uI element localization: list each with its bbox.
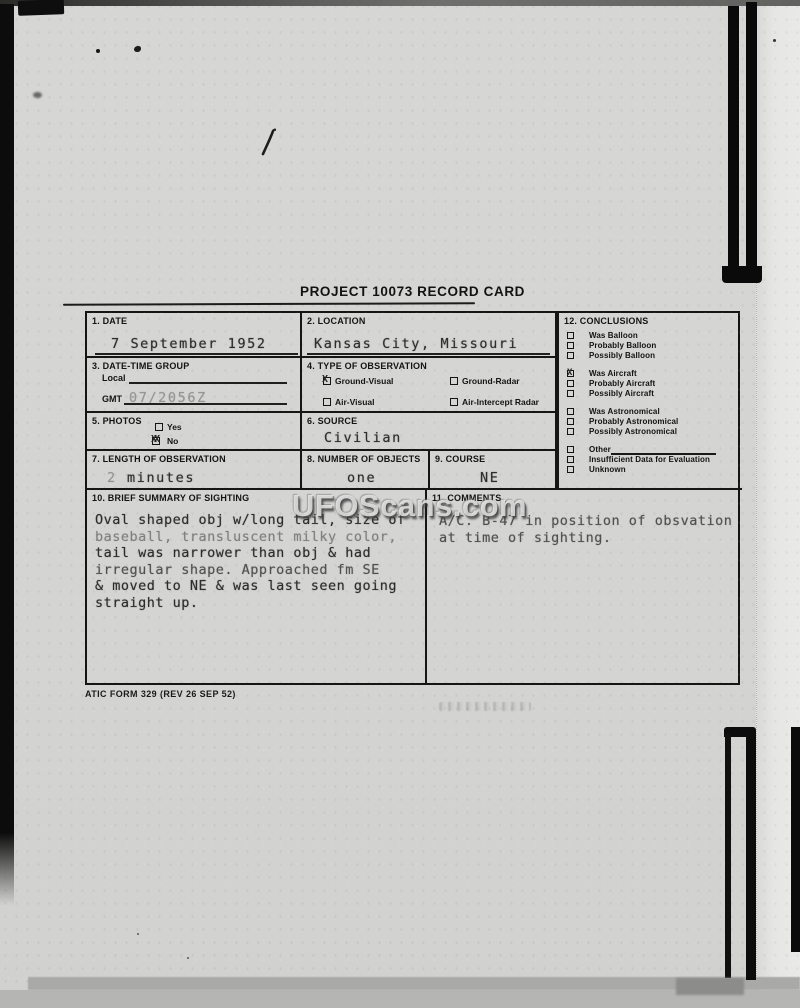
ink-speck	[134, 46, 141, 52]
scan-binding-bar-bottom-right	[746, 733, 756, 980]
checkbox-air-visual-icon	[323, 398, 331, 406]
location-label: 2. LOCATION	[307, 316, 366, 326]
scan-bottom-smudge	[676, 978, 744, 995]
checkbox-icon	[567, 418, 574, 425]
option-photos-no: No	[167, 436, 178, 446]
brief-summary-label: 10. BRIEF SUMMARY OF SIGHTING	[92, 493, 249, 503]
length-of-observation-label: 7. LENGTH OF OBSERVATION	[92, 454, 226, 464]
length-value: minutes	[127, 470, 195, 486]
watermark: UFOScans.com	[292, 488, 527, 524]
scan-binding-bar-bottom-left	[725, 733, 731, 978]
scan-double-line-artifact	[63, 302, 475, 305]
checkbox-photos-no-icon: XX	[152, 437, 160, 445]
checkbox-icon	[567, 446, 574, 453]
handwritten-pen-stroke	[260, 128, 276, 156]
checkbox-icon	[567, 428, 574, 435]
summary-line: straight up.	[95, 595, 406, 612]
checkbox-icon	[567, 466, 574, 473]
page-title: PROJECT 10073 RECORD CARD	[85, 284, 740, 299]
conclusion-possibly-astronomical: Possibly Astronomical	[559, 428, 742, 438]
source-label: 6. SOURCE	[307, 416, 357, 426]
scan-top-edge-artifact	[0, 0, 800, 6]
option-ground-radar: Ground-Radar	[462, 376, 520, 386]
checkbox-ground-radar-icon	[450, 377, 458, 385]
course-label: 9. COURSE	[435, 454, 485, 464]
checkbox-photos-yes-icon	[155, 423, 163, 431]
faint-typed-overprint-artifact	[439, 702, 531, 711]
scanned-record-card-page: UFOScans.com PROJECT 10073 RECORD CARD A…	[0, 0, 800, 1008]
ink-speck	[96, 49, 100, 53]
cell-type-of-observation: 4. TYPE OF OBSERVATION X Ground-Visual G…	[302, 358, 557, 413]
conclusion-unknown: Unknown	[559, 466, 742, 476]
cell-location: 2. LOCATION Kansas City, Missouri	[302, 313, 557, 358]
cell-number-of-objects: 8. NUMBER OF OBJECTS one	[302, 451, 430, 490]
local-label: Local	[102, 373, 126, 383]
cell-date: 1. DATE 7 September 1952	[87, 313, 302, 358]
cell-course: 9. COURSE NE	[430, 451, 557, 490]
comments-line: at time of sighting.	[439, 530, 732, 547]
conclusions-label: 12. CONCLUSIONS	[564, 316, 649, 326]
checkbox-icon	[567, 456, 574, 463]
write-in-line	[307, 353, 550, 355]
scan-bottom-right-edge-strip	[791, 727, 800, 952]
summary-line: & moved to NE & was last seen going	[95, 578, 406, 595]
length-value-faint-digit: 2	[107, 470, 117, 486]
number-of-objects-label: 8. NUMBER OF OBJECTS	[307, 454, 421, 464]
checkbox-x-mark: X	[567, 368, 570, 378]
conclusions-list: Was Balloon Probably Balloon Possibly Ba…	[559, 332, 742, 476]
local-write-in-line	[129, 382, 287, 384]
cell-date-time-group: 3. DATE-TIME GROUP Local GMT 07/2056Z	[87, 358, 302, 413]
checkbox-air-intercept-radar-icon	[450, 398, 458, 406]
ink-speck	[187, 957, 189, 959]
brief-summary-text: Oval shaped obj w/long tail, size of bas…	[95, 512, 406, 612]
summary-line: baseball, transluscent milky color,	[95, 529, 406, 546]
cell-length-of-observation: 7. LENGTH OF OBSERVATION 2 minutes	[87, 451, 302, 490]
option-air-visual: Air-Visual	[335, 397, 375, 407]
conclusion-insufficient-data: Insufficient Data for Evaluation	[559, 456, 742, 466]
scan-top-left-mark	[18, 0, 64, 16]
checkbox-xx-mark: XX	[151, 434, 157, 445]
option-photos-yes: Yes	[167, 422, 182, 432]
option-air-intercept-radar: Air-Intercept Radar	[462, 397, 539, 407]
conclusion-possibly-balloon: Possibly Balloon	[559, 352, 742, 362]
gmt-label: GMT	[102, 394, 122, 404]
scan-binding-bar-top-joint	[722, 266, 762, 283]
gmt-value: 07/2056Z	[129, 390, 207, 406]
date-label: 1. DATE	[92, 316, 127, 326]
date-value: 7 September 1952	[111, 336, 267, 352]
cell-source: 6. SOURCE Civilian	[302, 413, 557, 451]
ink-smudge	[33, 92, 42, 98]
checkbox-icon	[567, 342, 574, 349]
write-in-line	[95, 353, 298, 355]
checkbox-icon	[567, 352, 574, 359]
course-value: NE	[480, 470, 499, 486]
checkbox-icon	[567, 380, 574, 387]
scan-binding-bar-top-right	[746, 2, 757, 270]
checkbox-checked-icon: X	[567, 370, 574, 377]
checkbox-x-mark: X	[322, 374, 326, 385]
date-time-group-label: 3. DATE-TIME GROUP	[92, 361, 189, 371]
cell-conclusions: 12. CONCLUSIONS Was Balloon Probably Bal…	[557, 313, 742, 490]
summary-line: irregular shape. Approached fm SE	[95, 562, 406, 579]
photos-label: 5. PHOTOS	[92, 416, 142, 426]
summary-line: tail was narrower than obj & had	[95, 545, 406, 562]
form-number: ATIC FORM 329 (REV 26 SEP 52)	[85, 689, 236, 699]
checkbox-icon	[567, 332, 574, 339]
checkbox-icon	[567, 408, 574, 415]
scan-binding-bar-top-left	[728, 6, 739, 270]
conclusion-possibly-aircraft: Possibly Aircraft	[559, 390, 742, 400]
checkbox-icon	[567, 390, 574, 397]
source-value: Civilian	[324, 430, 402, 446]
checkbox-ground-visual-icon: X	[323, 377, 331, 385]
ink-speck	[773, 39, 776, 42]
number-of-objects-value: one	[347, 470, 376, 486]
cell-photos: 5. PHOTOS Yes XX No	[87, 413, 302, 451]
location-value: Kansas City, Missouri	[314, 336, 518, 352]
type-of-observation-label: 4. TYPE OF OBSERVATION	[307, 361, 427, 371]
ink-speck	[137, 933, 139, 935]
option-ground-visual: Ground-Visual	[335, 376, 393, 386]
scan-left-edge-artifact	[0, 4, 14, 905]
